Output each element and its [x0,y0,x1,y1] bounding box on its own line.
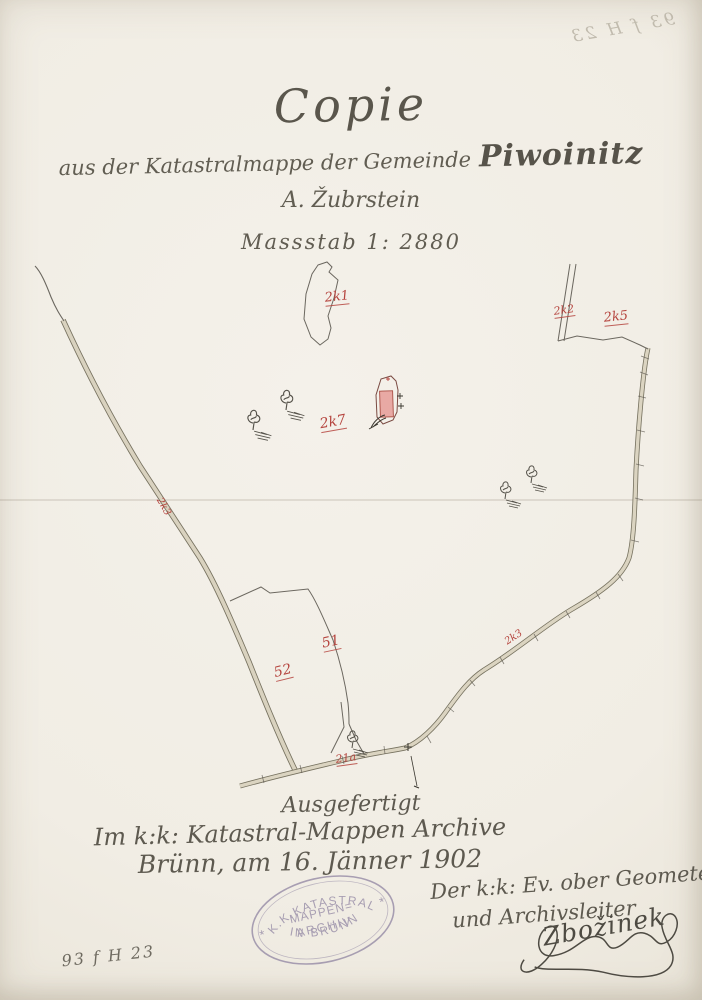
road-right-bottom [240,348,649,786]
tree-symbol [527,466,547,492]
road-topright [558,264,648,349]
tree-symbol [248,410,272,440]
trees-layer [248,390,547,757]
parcel-2k1-outline [304,262,338,345]
boundary-line-topleft [35,266,64,321]
tree-symbol [501,482,521,508]
chapel-symbol [369,376,404,429]
building-fill [380,391,394,417]
stamp-star-left: * [258,927,266,943]
signature: Zbožinek [502,889,702,993]
road-left [63,320,296,772]
stamp-star-right: * [378,894,386,910]
tree-symbol [281,390,305,420]
road-tick-marks [262,356,649,783]
map-sheet: 93 f H 23 Copie aus der Katastralmappe d… [0,0,702,1000]
